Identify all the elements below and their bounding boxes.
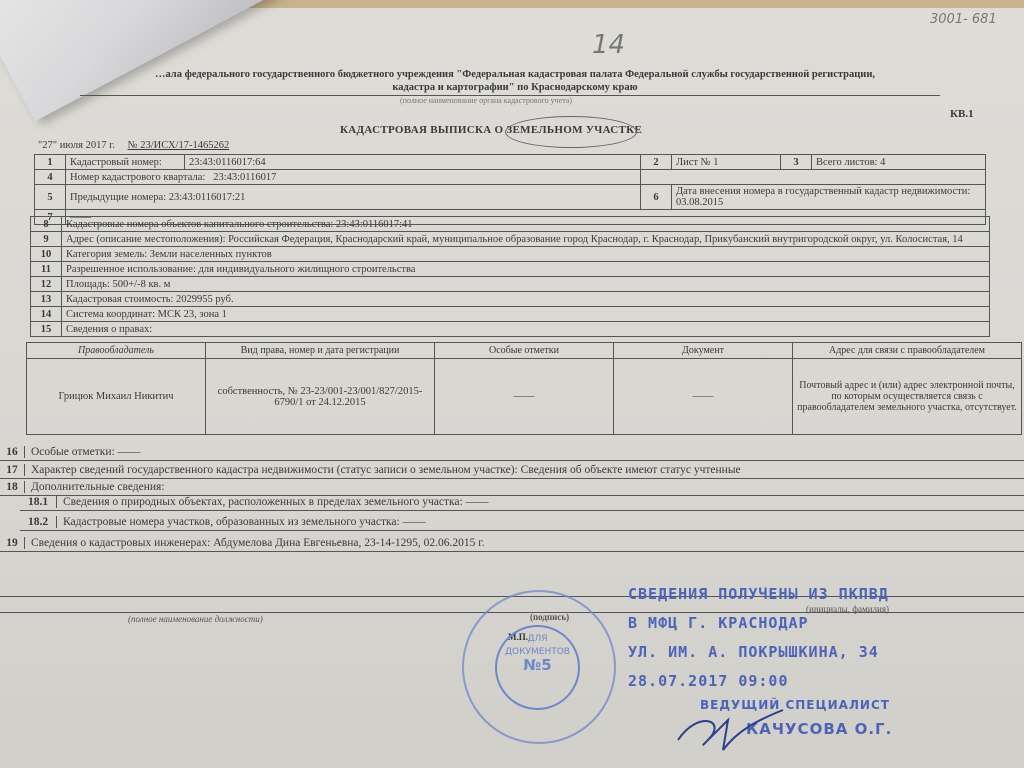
info-row: 17Характер сведений государственного кад… <box>0 462 1024 479</box>
seal-text: ДЛЯ <box>497 633 578 646</box>
row-number: 4 <box>35 170 66 185</box>
table-row: 9Адрес (описание местоположения): Россий… <box>31 232 990 247</box>
document: —— <box>614 359 793 435</box>
position-label: (полное наименование должности) <box>128 614 263 624</box>
row-text: Сведения о кадастровых инженерах: Абдуме… <box>31 537 485 549</box>
rights-header: Вид права, номер и дата регистрации <box>206 343 435 359</box>
right-type: собственность, № 23-23/001-23/001/827/20… <box>206 359 435 435</box>
row-text: Кадастровые номера участков, образованны… <box>63 516 426 528</box>
row-text: Разрешенное использование: для индивидуа… <box>62 262 990 277</box>
row-text: Характер сведений государственного кадас… <box>31 464 741 476</box>
sheet-number: Лист № 1 <box>672 155 781 170</box>
row-number: 6 <box>641 185 672 210</box>
info-row: 19Сведения о кадастровых инженерах: Абду… <box>0 535 1024 552</box>
table-row: 1 Кадастровый номер: 23:43:0116017:64 2 … <box>35 155 986 170</box>
row-number: 2 <box>641 155 672 170</box>
rights-header: Правообладатель <box>27 343 206 359</box>
rights-data-row: Грицюк Михаил Никитич собственность, № 2… <box>27 359 1022 435</box>
previous-numbers: Предыдущие номера: 23:43:0116017:21 <box>66 185 641 210</box>
rights-header: Адрес для связи с правообладателем <box>793 343 1022 359</box>
quarter-label: Номер кадастрового квартала: <box>70 172 205 183</box>
table-row: 15Сведения о правах: <box>31 322 990 337</box>
rights-header: Особые отметки <box>435 343 614 359</box>
handwritten-registry-number: 3001- 681 <box>930 12 997 27</box>
top-info-table: 1 Кадастровый номер: 23:43:0116017:64 2 … <box>34 154 986 225</box>
table-row: 12Площадь: 500+/-8 кв. м <box>31 277 990 292</box>
row-number: 8 <box>31 217 62 232</box>
rights-table: Правообладатель Вид права, номер и дата … <box>26 342 1022 435</box>
handwritten-signature <box>668 700 788 760</box>
row-number: 10 <box>31 247 62 262</box>
quarter-value: 23:43:0116017 <box>213 172 276 183</box>
rights-header-row: Правообладатель Вид права, номер и дата … <box>27 343 1022 359</box>
row-text: Сведения о правах: <box>62 322 990 337</box>
document-number: № 23/ИСХ/17-1465262 <box>128 140 230 151</box>
round-seal-center: ДЛЯ ДОКУМЕНТОВ №5 <box>495 625 580 710</box>
org-note: (полное наименование органа кадастрового… <box>400 96 572 105</box>
row-number: 19 <box>0 537 25 549</box>
row-number: 12 <box>31 277 62 292</box>
table-row: 4 Номер кадастрового квартала: 23:43:011… <box>35 170 986 185</box>
row-number: 15 <box>31 322 62 337</box>
row-text: Кадастровая стоимость: 2029955 руб. <box>62 292 990 307</box>
row-text: Площадь: 500+/-8 кв. м <box>62 277 990 292</box>
row-number: 14 <box>31 307 62 322</box>
row-text: Система координат: МСК 23, зона 1 <box>62 307 990 322</box>
handwritten-page-number: 14 <box>592 30 625 60</box>
row-number: 18.2 <box>20 516 57 528</box>
special-marks: —— <box>435 359 614 435</box>
cadastral-number-value: 23:43:0116017:64 <box>185 155 641 170</box>
table-row: 8Кадастровые номера объектов капитальног… <box>31 217 990 232</box>
table-row: 14Система координат: МСК 23, зона 1 <box>31 307 990 322</box>
org-line-1: …ала федерального государственного бюдже… <box>95 68 935 81</box>
empty-cell <box>641 170 986 185</box>
row-text: Кадастровые номера объектов капитального… <box>62 217 990 232</box>
org-line-2: кадастра и картографии" по Краснодарском… <box>95 81 935 94</box>
right-holder: Грицюк Михаил Никитич <box>27 359 206 435</box>
row-text: Сведения о природных объектах, расположе… <box>63 496 489 508</box>
rights-header: Документ <box>614 343 793 359</box>
seal-number: №5 <box>497 659 578 672</box>
stamp-line: СВЕДЕНИЯ ПОЛУЧЕНЫ ИЗ ПКПВД <box>628 580 892 609</box>
registration-date: Дата внесения номера в государственный к… <box>672 185 986 210</box>
quarter-number: Номер кадастрового квартала: 23:43:01160… <box>66 170 641 185</box>
row-text: Дополнительные сведения: <box>31 481 165 493</box>
row-number: 16 <box>0 446 25 458</box>
land-plot-info-table: 8Кадастровые номера объектов капитальног… <box>30 216 990 337</box>
table-row: 13Кадастровая стоимость: 2029955 руб. <box>31 292 990 307</box>
row-number: 18.1 <box>20 496 57 508</box>
total-sheets: Всего листов: 4 <box>812 155 986 170</box>
row-number: 17 <box>0 464 25 476</box>
table-row: 11Разрешенное использование: для индивид… <box>31 262 990 277</box>
cadastral-number-label: Кадастровый номер: <box>66 155 185 170</box>
row-number: 18 <box>0 481 25 493</box>
issue-date: "27" июля 2017 г. <box>38 140 115 151</box>
stamp-date: 28.07.2017 09:00 <box>628 667 892 696</box>
contact-address: Почтовый адрес и (или) адрес электронной… <box>793 359 1022 435</box>
issue-date-line: "27" июля 2017 г. № 23/ИСХ/17-1465262 <box>38 140 229 151</box>
info-row: 16Особые отметки: —— <box>0 444 1024 461</box>
row-number: 1 <box>35 155 66 170</box>
stamp-line: УЛ. ИМ. А. ПОКРЫШКИНА, 34 <box>628 638 892 667</box>
row-text: Категория земель: Земли населенных пункт… <box>62 247 990 262</box>
row-number: 5 <box>35 185 66 210</box>
row-text: Особые отметки: —— <box>31 446 141 458</box>
row-number: 3 <box>781 155 812 170</box>
stamp-line: В МФЦ Г. КРАСНОДАР <box>628 609 892 638</box>
row-number: 13 <box>31 292 62 307</box>
organization-header: …ала федерального государственного бюдже… <box>95 68 935 94</box>
form-code: КВ.1 <box>950 108 974 120</box>
pen-circle-mark <box>505 116 637 148</box>
info-row: 18.2Кадастровые номера участков, образов… <box>20 514 1024 531</box>
table-row: 10Категория земель: Земли населенных пун… <box>31 247 990 262</box>
info-row: 18.1Сведения о природных объектах, распо… <box>20 494 1024 511</box>
row-number: 11 <box>31 262 62 277</box>
row-number: 9 <box>31 232 62 247</box>
row-text: Адрес (описание местоположения): Российс… <box>62 232 990 247</box>
table-row: 5 Предыдущие номера: 23:43:0116017:21 6 … <box>35 185 986 210</box>
